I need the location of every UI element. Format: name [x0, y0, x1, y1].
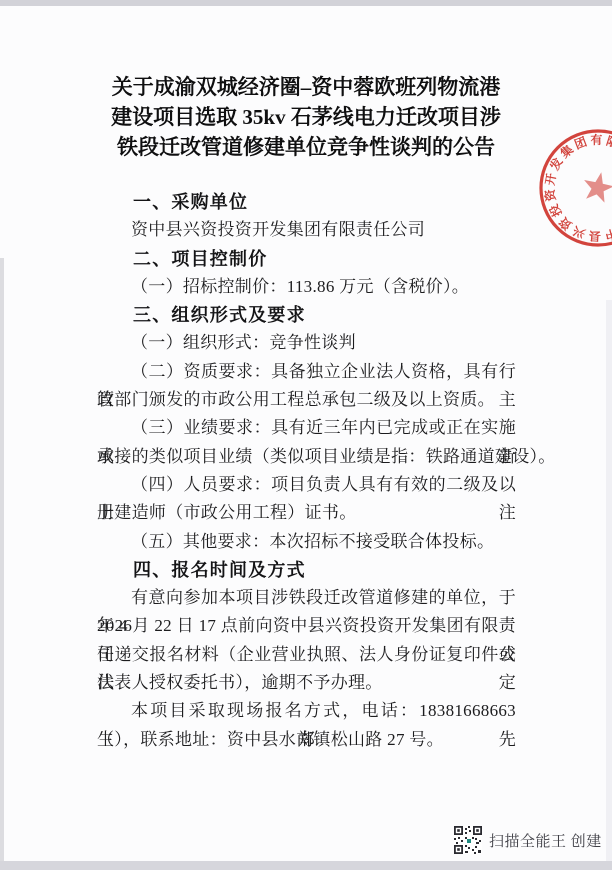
title-line: 建设项目选取 35kv 石茅线电力迁改项目涉	[40, 102, 572, 132]
scan-edge-bottom	[0, 861, 612, 870]
title-line: 关于成渝双城经济圈–资中蓉欧班列物流港	[40, 72, 572, 102]
announcement-title: 关于成渝双城经济圈–资中蓉欧班列物流港 建设项目选取 35kv 石茅线电力迁改项…	[40, 72, 572, 162]
watermark-label: 扫描全能王 创建	[489, 830, 602, 851]
title-line: 铁段迁改管道修建单位竞争性谈判的公告	[40, 132, 572, 162]
body-line: （五）其他要求：本次招标不接受联合体投标。	[97, 528, 516, 556]
svg-text:县: 县	[588, 229, 601, 244]
scan-edge-right	[606, 300, 612, 861]
svg-text:开: 开	[542, 172, 559, 187]
body-line: （三）业绩要求：具有近三年内已完成或正在实施或新	[97, 414, 516, 442]
body-line: （一）组织形式：竞争性谈判	[97, 329, 516, 357]
scan-edge-left	[0, 258, 4, 861]
seal-star-icon	[584, 172, 612, 202]
body-line: 司递交报名材料（企业营业执照、法人身份证复印件或法定	[97, 641, 516, 669]
body-line: 本项目采取现场报名方式，电话：18381668663（郑先	[97, 697, 516, 725]
body-line: （二）资质要求：具备独立企业法人资格，具有行政主	[97, 358, 516, 386]
section-heading: 一、采购单位	[97, 188, 516, 216]
scan-edge-top	[0, 0, 612, 6]
body-line: （四）人员要求：项目负责人具有有效的二级及以上注	[97, 471, 516, 499]
scanner-watermark: 扫描全能王 创建	[454, 825, 602, 855]
body-line: 管部门颁发的市政公用工程总承包二级及以上资质。	[97, 386, 516, 414]
company-seal: 资中县兴资投资开发集团有限责任公司	[538, 126, 612, 250]
announcement-body: 一、采购单位资中县兴资投资开发集团有限责任公司二、项目控制价（一）招标控制价：1…	[97, 188, 516, 754]
svg-text:资: 资	[542, 187, 559, 202]
body-line: 年 4 月 22 日 17 点前向资中县兴资投资开发集团有限责任公	[97, 612, 516, 640]
body-line: 资中县兴资投资开发集团有限责任公司	[97, 216, 516, 244]
section-heading: 二、项目控制价	[97, 245, 516, 273]
qr-code-icon	[454, 826, 482, 854]
scanned-page: 关于成渝双城经济圈–资中蓉欧班列物流港 建设项目选取 35kv 石茅线电力迁改项…	[0, 0, 612, 870]
svg-text:有: 有	[590, 132, 603, 147]
body-line: 有意向参加本项目涉铁段迁改管道修建的单位，于 2026	[97, 584, 516, 612]
svg-text:团: 团	[573, 135, 589, 152]
section-heading: 四、报名时间及方式	[97, 556, 516, 584]
svg-text:中: 中	[603, 226, 612, 244]
svg-text:限: 限	[605, 134, 612, 151]
section-heading: 三、组织形式及要求	[97, 301, 516, 329]
body-line: 承接的类似项目业绩（类似项目业绩是指：铁路通道建设）。	[97, 443, 516, 471]
body-line: （一）招标控制价：113.86 万元（含税价）。	[97, 273, 516, 301]
